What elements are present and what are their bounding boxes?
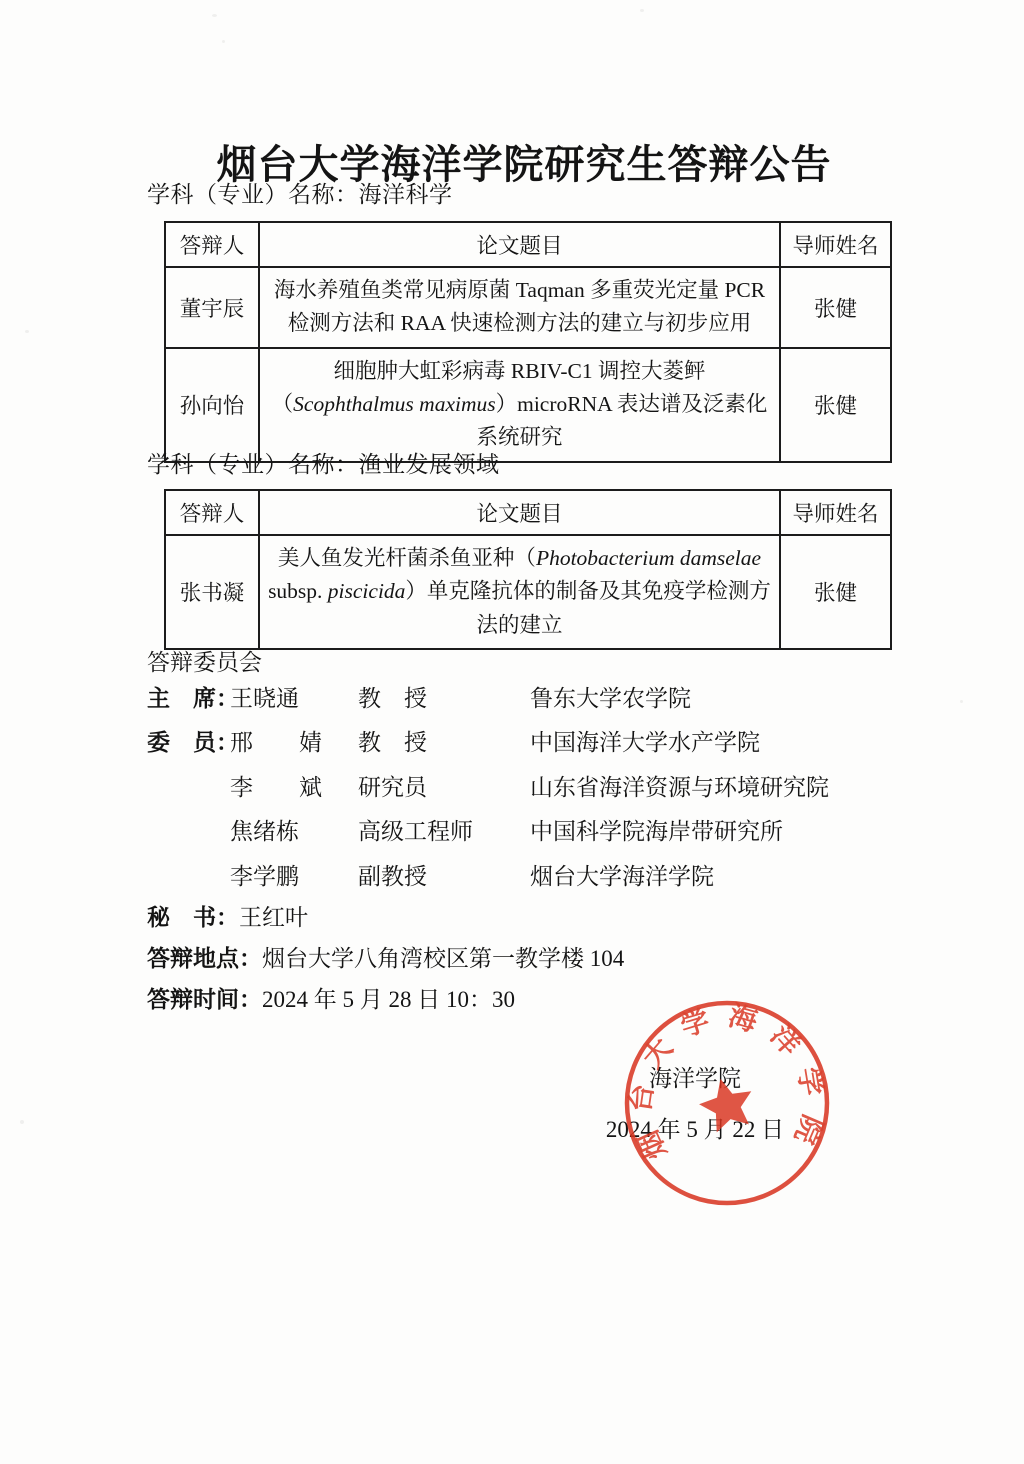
committee-member-affiliation: 中国科学院海岸带研究所 — [530, 813, 887, 846]
committee-role-label: 主 席： — [147, 680, 230, 713]
table-header-row: 答辩人 论文题目 导师姓名 — [165, 490, 891, 535]
advisor-name: 张健 — [780, 267, 891, 348]
table-row: 孙向怡 细胞肿大虹彩病毒 RBIV-C1 调控大菱鲆（Scophthalmus … — [165, 348, 891, 462]
committee-member-name: 王晓通 — [230, 680, 358, 713]
scan-speck — [960, 700, 963, 703]
time-label: 答辩时间： — [147, 987, 262, 1012]
signature-org: 海洋学院 — [555, 1060, 835, 1093]
table-row: 董宇辰 海水养殖鱼类常见病原菌 Taqman 多重荧光定量 PCR 检测方法和 … — [165, 267, 891, 348]
defense-table-fishery-development: 答辩人 论文题目 导师姓名 张书凝 美人鱼发光杆菌杀鱼亚种（Photobacte… — [164, 489, 892, 650]
signature-block: 海洋学院 2024 年 5 月 22 日 — [555, 1060, 835, 1144]
committee-member-name: 李学鹏 — [230, 858, 358, 891]
scan-speck — [222, 40, 225, 43]
advisor-name: 张健 — [780, 535, 891, 649]
header-thesis-title: 论文题目 — [259, 222, 780, 267]
table-header-row: 答辩人 论文题目 导师姓名 — [165, 222, 891, 267]
table-row: 张书凝 美人鱼发光杆菌杀鱼亚种（Photobacterium damselae … — [165, 535, 891, 649]
committee-member-name: 李 斌 — [230, 769, 358, 802]
secretary-name: 王红叶 — [239, 905, 308, 930]
thesis-text: ）单克隆抗体的制备及其免疫学检测方法的建立 — [405, 579, 771, 636]
defender-name: 张书凝 — [165, 535, 259, 649]
time-value: 2024 年 5 月 28 日 10：30 — [262, 987, 515, 1012]
location-label: 答辩地点： — [147, 946, 262, 971]
thesis-latin-name: Scophthalmus maximus — [293, 392, 495, 416]
committee-member-affiliation: 烟台大学海洋学院 — [530, 858, 887, 891]
thesis-text: 海水养殖鱼类常见病原菌 Taqman 多重荧光定量 PCR 检测方法和 RAA … — [274, 278, 765, 335]
advisor-name: 张健 — [780, 348, 891, 462]
subject-label-fishery-development: 学科（专业）名称：渔业发展领域 — [147, 446, 500, 479]
committee-row-chair: 主 席： 王晓通 教 授 鲁东大学农学院 — [147, 674, 887, 719]
defense-time-line: 答辩时间：2024 年 5 月 28 日 10：30 — [147, 981, 515, 1014]
thesis-title: 海水养殖鱼类常见病原菌 Taqman 多重荧光定量 PCR 检测方法和 RAA … — [259, 267, 780, 348]
committee-member-title: 研究员 — [358, 769, 530, 802]
defender-name: 孙向怡 — [165, 348, 259, 462]
thesis-latin-name: Photobacterium damselae — [536, 546, 761, 570]
committee-member-affiliation: 山东省海洋资源与环境研究院 — [530, 769, 887, 802]
committee-member-title: 高级工程师 — [358, 813, 530, 846]
scan-speck — [212, 14, 217, 17]
header-thesis-title: 论文题目 — [259, 490, 780, 535]
committee-list: 主 席： 王晓通 教 授 鲁东大学农学院 委 员： 邢 婧 教 授 中国海洋大学… — [147, 674, 887, 897]
thesis-text: subsp. — [268, 579, 328, 603]
signature-date: 2024 年 5 月 22 日 — [555, 1111, 835, 1144]
committee-row-member: 焦绪栋 高级工程师 中国科学院海岸带研究所 — [147, 808, 887, 853]
header-advisor: 导师姓名 — [780, 222, 891, 267]
header-advisor: 导师姓名 — [780, 490, 891, 535]
header-defender: 答辩人 — [165, 222, 259, 267]
thesis-title: 细胞肿大虹彩病毒 RBIV-C1 调控大菱鲆（Scophthalmus maxi… — [259, 348, 780, 462]
defense-table-marine-science: 答辩人 论文题目 导师姓名 董宇辰 海水养殖鱼类常见病原菌 Taqman 多重荧… — [164, 221, 892, 463]
thesis-text: 美人鱼发光杆菌杀鱼亚种（ — [278, 546, 536, 570]
committee-row-member: 李 斌 研究员 山东省海洋资源与环境研究院 — [147, 763, 887, 808]
committee-row-member: 委 员： 邢 婧 教 授 中国海洋大学水产学院 — [147, 719, 887, 764]
thesis-latin-name: piscicida — [328, 579, 406, 603]
thesis-text: ）microRNA 表达谱及泛素化系统研究 — [476, 392, 767, 449]
location-value: 烟台大学八角湾校区第一教学楼 104 — [262, 946, 624, 971]
committee-role-label: 委 员： — [147, 724, 230, 757]
document-page: 烟台大学海洋学院研究生答辩公告 学科（专业）名称：海洋科学 答辩人 论文题目 导… — [0, 0, 1024, 1464]
committee-member-name: 焦绪栋 — [230, 813, 358, 846]
committee-row-member: 李学鹏 副教授 烟台大学海洋学院 — [147, 852, 887, 897]
committee-heading: 答辩委员会 — [147, 644, 262, 677]
committee-member-name: 邢 婧 — [230, 724, 358, 757]
committee-member-affiliation: 中国海洋大学水产学院 — [530, 724, 887, 757]
secretary-label: 秘 书： — [147, 905, 239, 930]
thesis-title: 美人鱼发光杆菌杀鱼亚种（Photobacterium damselae subs… — [259, 535, 780, 649]
scan-speck — [25, 330, 29, 333]
committee-member-title: 教 授 — [358, 724, 530, 757]
committee-member-title: 教 授 — [358, 680, 530, 713]
scan-speck — [640, 9, 644, 12]
defender-name: 董宇辰 — [165, 267, 259, 348]
secretary-line: 秘 书：王红叶 — [147, 899, 308, 932]
scan-speck — [20, 1120, 24, 1124]
committee-member-title: 副教授 — [358, 858, 530, 891]
subject-label-marine-science: 学科（专业）名称：海洋科学 — [147, 176, 453, 209]
header-defender: 答辩人 — [165, 490, 259, 535]
defense-location-line: 答辩地点：烟台大学八角湾校区第一教学楼 104 — [147, 940, 624, 973]
committee-member-affiliation: 鲁东大学农学院 — [530, 680, 887, 713]
